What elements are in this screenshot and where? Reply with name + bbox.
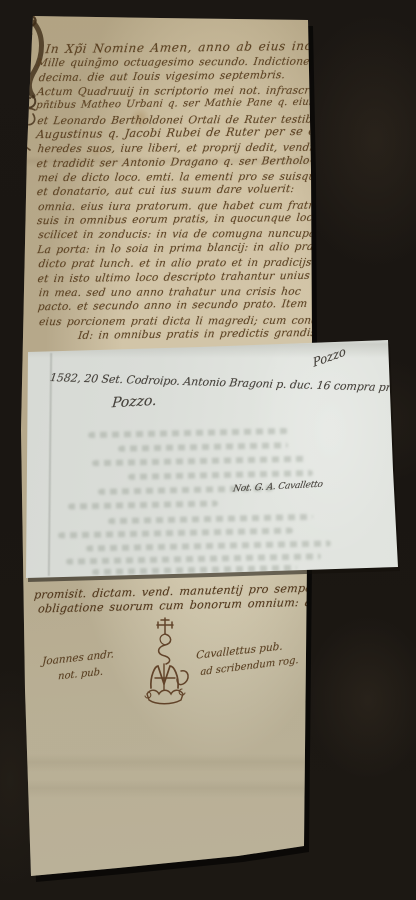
show-through-writing: [128, 470, 313, 480]
show-through-writing: [108, 514, 313, 524]
show-through-writing: [88, 428, 288, 438]
manuscript-line: et donatario, aut cui ius suum dare volu…: [36, 182, 310, 200]
note-corner-label: Pozzo: [312, 344, 347, 370]
show-through-writing: [92, 456, 307, 467]
manuscript-line: et tradidit ser Antonio Dragano q. ser B…: [36, 154, 310, 172]
manuscript-line: La porta: in lo soia in prima blancij: i…: [37, 240, 311, 258]
show-through-writing: [86, 540, 331, 551]
manuscript-line: pñtibus Matheo Urbani q. ser Mathie Pane…: [35, 96, 309, 114]
manuscript-line: decima. die aut Iouis vigesimo septembri…: [38, 68, 309, 86]
manuscript-line: et in isto ultimo loco descripto trahant…: [37, 268, 311, 286]
show-through-writing: [118, 442, 288, 452]
manuscript-line: pacto. et secundo anno in secundo prato.…: [37, 297, 311, 315]
note-body-line: 1582, 20 Set. Codroipo. Antonio Bragoni …: [49, 371, 416, 395]
manuscript-text-block: In Xp̃i Nomine Amen, anno ab eius incarn…: [35, 40, 310, 344]
show-through-writing: [68, 500, 218, 509]
notary-tabellionato-mark-icon: [134, 616, 196, 708]
show-through-writing: [58, 528, 293, 539]
note-body-line: Pozzo.: [111, 393, 157, 411]
photo-of-manuscript: In Xp̃i Nomine Amen, anno ab eius incarn…: [0, 0, 416, 900]
subscription-left-line: Joannes andr.: [42, 648, 114, 668]
manuscript-line: Id: in omnibus pratis in predictis grand…: [77, 326, 311, 343]
subscription-left-line: not. pub.: [58, 667, 103, 683]
note-fold-crease: [48, 353, 52, 576]
manuscript-line: In Xp̃i Nomine Amen, anno ab eius incarn…: [45, 39, 309, 57]
notary-signature: Not. G. A. Cavalletto: [232, 480, 323, 495]
show-through-writing: [66, 553, 321, 564]
